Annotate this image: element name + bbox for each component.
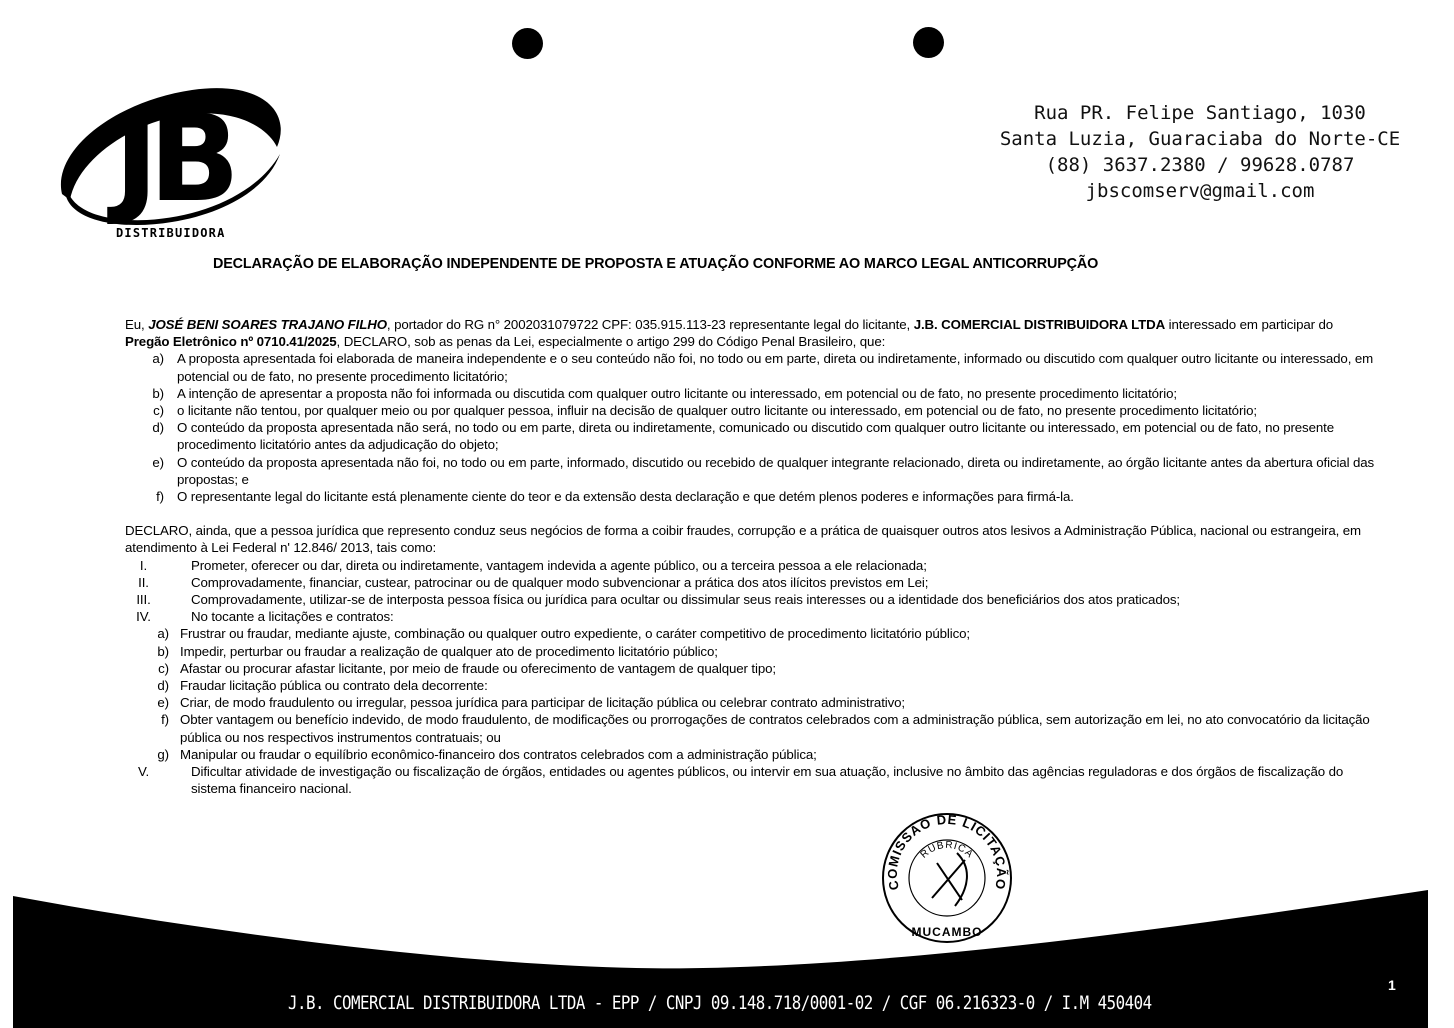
list-item-text: o licitante não tentou, por qualquer mei…	[177, 402, 1375, 419]
list-item: e)Criar, de modo fraudulento ou irregula…	[125, 694, 1375, 711]
list-item-label: III.	[125, 591, 191, 608]
list-item-text: No tocante a licitações e contratos:	[191, 608, 1375, 625]
declaration-paragraph: DECLARO, ainda, que a pessoa jurídica qu…	[125, 522, 1375, 556]
list-item-text: Dificultar atividade de investigação ou …	[191, 763, 1375, 797]
list-item: c)o licitante não tentou, por qualquer m…	[125, 402, 1375, 419]
list-item-label: c)	[125, 660, 180, 677]
address-email[interactable]: jbscomserv@gmail.com	[990, 178, 1410, 204]
intro-text-4: , DECLARO, sob as penas da Lei, especial…	[337, 334, 886, 349]
list-item-label: e)	[125, 694, 180, 711]
list-item-label: I.	[125, 557, 191, 574]
prohibited-acts: I.Prometer, oferecer ou dar, direta ou i…	[125, 557, 1375, 626]
intro-text-1: Eu,	[125, 317, 148, 332]
list-item: b)Impedir, perturbar ou fraudar a realiz…	[125, 643, 1375, 660]
list-item-text: Prometer, oferecer ou dar, direta ou ind…	[191, 557, 1375, 574]
svg-text:JB: JB	[107, 90, 233, 229]
list-item-text: Fraudar licitação pública ou contrato de…	[180, 677, 1375, 694]
document-body: Eu, JOSÉ BENI SOARES TRAJANO FILHO, port…	[125, 316, 1375, 797]
list-item-label: c)	[125, 402, 177, 419]
document-title: DECLARAÇÃO DE ELABORAÇÃO INDEPENDENTE DE…	[213, 256, 1277, 272]
list-item-text: O conteúdo da proposta apresentada não s…	[177, 419, 1375, 453]
jb-logo-icon: JB	[52, 82, 292, 242]
list-item-label: a)	[125, 350, 177, 384]
list-item-label: f)	[125, 711, 180, 745]
list-item-text: Comprovadamente, utilizar-se de interpos…	[191, 591, 1375, 608]
list-item-text: Criar, de modo fraudulento ou irregular,…	[180, 694, 1375, 711]
intro-paragraph: Eu, JOSÉ BENI SOARES TRAJANO FILHO, port…	[125, 316, 1375, 350]
commission-stamp: COMISSÃO DE LICITAÇÃO MUCAMBO RUBRICA	[877, 808, 1017, 948]
list-item: c)Afastar ou procurar afastar licitante,…	[125, 660, 1375, 677]
list-item: V. Dificultar atividade de investigação …	[125, 763, 1375, 797]
list-item-text: Manipular ou fraudar o equilíbrio econôm…	[180, 746, 1375, 763]
address-city: Santa Luzia, Guaraciaba do Norte-CE	[990, 126, 1410, 152]
stamp-seal-icon: COMISSÃO DE LICITAÇÃO MUCAMBO RUBRICA	[877, 808, 1017, 948]
list-item-label: a)	[125, 625, 180, 642]
list-item-label: e)	[125, 454, 177, 488]
list-item-label: IV.	[125, 608, 191, 625]
list-item-text: O representante legal do licitante está …	[177, 488, 1375, 505]
list-item: f)Obter vantagem ou benefício indevido, …	[125, 711, 1375, 745]
list-item: d)Fraudar licitação pública ou contrato …	[125, 677, 1375, 694]
tender-acts: a)Frustrar ou fraudar, mediante ajuste, …	[125, 625, 1375, 763]
list-item-text: O conteúdo da proposta apresentada não f…	[177, 454, 1375, 488]
company-address: Rua PR. Felipe Santiago, 1030 Santa Luzi…	[990, 100, 1410, 204]
list-item: IV.No tocante a licitações e contratos:	[125, 608, 1375, 625]
list-item: d)O conteúdo da proposta apresentada não…	[125, 419, 1375, 453]
process-number: Pregão Eletrônico nº 0710.41/2025	[125, 334, 337, 349]
company-name: J.B. COMERCIAL DISTRIBUIDORA LTDA	[914, 317, 1165, 332]
punch-hole-left	[512, 28, 543, 59]
list-item-text: Obter vantagem ou benefício indevido, de…	[180, 711, 1375, 745]
footer-company-line: J.B. COMERCIAL DISTRIBUIDORA LTDA - EPP …	[288, 992, 1152, 1014]
list-item-text: A intenção de apresentar a proposta não …	[177, 385, 1375, 402]
logo-subtitle: DISTRIBUIDORA	[116, 226, 226, 240]
list-item: a)A proposta apresentada foi elaborada d…	[125, 350, 1375, 384]
list-item: b)A intenção de apresentar a proposta nã…	[125, 385, 1375, 402]
intro-text-2: , portador do RG n° 2002031079722 CPF: 0…	[387, 317, 914, 332]
list-item-text: Afastar ou procurar afastar licitante, p…	[180, 660, 1375, 677]
list-item: III.Comprovadamente, utilizar-se de inte…	[125, 591, 1375, 608]
list-item: II.Comprovadamente, financiar, custear, …	[125, 574, 1375, 591]
list-item: g)Manipular ou fraudar o equilíbrio econ…	[125, 746, 1375, 763]
punch-hole-right	[913, 27, 944, 58]
list-item-label: g)	[125, 746, 180, 763]
list-item-label: d)	[125, 419, 177, 453]
list-item: f)O representante legal do licitante est…	[125, 488, 1375, 505]
declarant-name: JOSÉ BENI SOARES TRAJANO FILHO	[148, 317, 387, 332]
list-item-text: Comprovadamente, financiar, custear, pat…	[191, 574, 1375, 591]
intro-text-3: interessado em participar do	[1165, 317, 1333, 332]
company-logo: JB	[52, 82, 292, 242]
list-item-label: V.	[125, 763, 191, 797]
list-item: I.Prometer, oferecer ou dar, direta ou i…	[125, 557, 1375, 574]
declaration-items: a)A proposta apresentada foi elaborada d…	[125, 350, 1375, 505]
list-item-label: II.	[125, 574, 191, 591]
address-phone: (88) 3637.2380 / 99628.0787	[990, 152, 1410, 178]
list-item-label: b)	[125, 643, 180, 660]
list-item-label: f)	[125, 488, 177, 505]
page-number: 1	[1388, 977, 1396, 993]
list-item-text: Frustrar ou fraudar, mediante ajuste, co…	[180, 625, 1375, 642]
stamp-bottom-text: MUCAMBO	[912, 925, 983, 939]
list-item: e)O conteúdo da proposta apresentada não…	[125, 454, 1375, 488]
list-item-label: d)	[125, 677, 180, 694]
list-item-label: b)	[125, 385, 177, 402]
list-item-text: A proposta apresentada foi elaborada de …	[177, 350, 1375, 384]
address-street: Rua PR. Felipe Santiago, 1030	[990, 100, 1410, 126]
list-item: a)Frustrar ou fraudar, mediante ajuste, …	[125, 625, 1375, 642]
list-item-text: Impedir, perturbar ou fraudar a realizaç…	[180, 643, 1375, 660]
